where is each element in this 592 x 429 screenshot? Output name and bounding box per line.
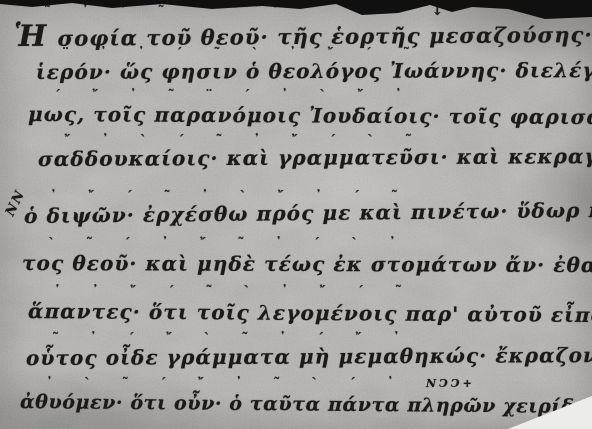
manuscript-line: σαδδουκαίοις· καὶ γραμματεῦσι· καὶ κεκρα… [38,143,592,171]
abbreviation-marks: ΝϽϽ+ [426,377,475,390]
accent-marks-row: ῾ ᾿ ῎ ´ ῀ ` ᾿ ῎ ´ ῀ [54,284,415,300]
manuscript-line: Ἡ σοφία τοῦ θεοῦ· τῆς ἑορτῆς μεσαζούσης·… [14,13,592,53]
manuscript-line: τος θεοῦ· καὶ μηδὲ τέως ἐκ στομάτων ἄν· … [22,251,592,278]
manuscript-line: ἱερόν· ὥς φησιν ὁ θεολόγος Ἰωάννης· διελ… [36,58,592,84]
accent-marks-row: ᾿ ` ῀ ´ ῎ ᾿ ῀ ` ´ ᾿ [46,376,407,392]
manuscript-line: οὗτος οἶδε γράμματα μὴ μεμαθηκώς· ἔκραζο… [26,343,592,370]
manuscript-line: μως, τοῖς παρανόμοις Ἰουδαίοις· τοῖς φαρ… [28,102,592,130]
manuscript-line: ἅπαντες· ὅτι τοῖς λεγομένοις παρ' αὐτοῦ … [28,299,592,328]
manuscript-line: ἀθυόμεν· ὅτι οὖν· ὁ ταῦτα πάντα πληρῶν χ… [20,391,592,419]
accent-marks-row: ` ῀ ´ ᾿ ῎ ῀ ᾿ ´ ` ᾿ [48,236,409,252]
manuscript-photo: ↓ ΝΝ ΝϽϽ+ ῀ ᾿ ´ ῀ ᾿ ῎ ` ῀ ᾿ ´ ¨ ᾿ ᾿ ´ ῀ … [0,0,592,429]
